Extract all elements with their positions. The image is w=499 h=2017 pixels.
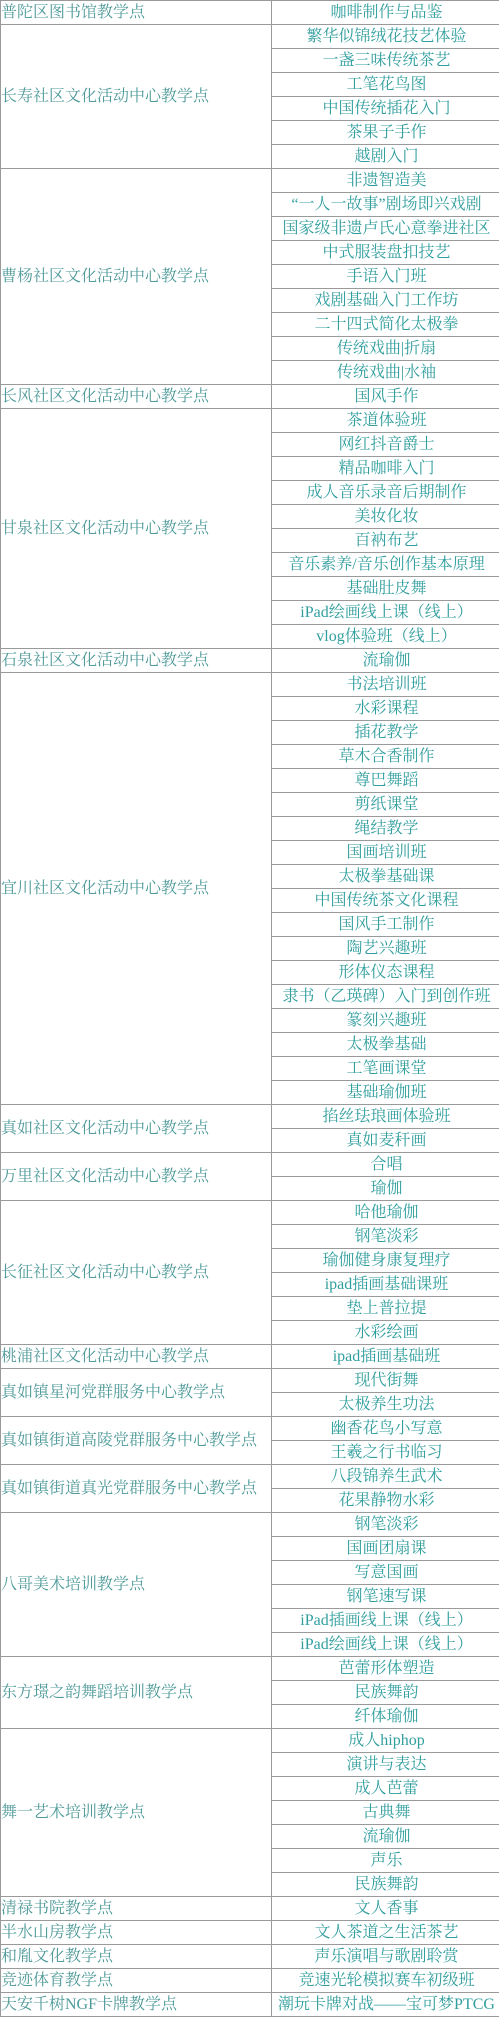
course-cell: 国风手工制作 xyxy=(272,913,499,937)
course-cell: 真如麦秆画 xyxy=(272,1129,499,1153)
course-cell: 垫上普拉提 xyxy=(272,1297,499,1321)
table-row: 长风社区文化活动中心教学点国风手作 xyxy=(1,385,499,409)
course-cell: 瑜伽健身康复理疗 xyxy=(272,1249,499,1273)
course-cell: 美妆化妆 xyxy=(272,505,499,529)
course-cell: “一人一故事”剧场即兴戏剧 xyxy=(272,193,499,217)
site-cell: 和胤文化教学点 xyxy=(1,1945,272,1969)
site-cell: 石泉社区文化活动中心教学点 xyxy=(1,649,272,673)
course-cell: 工笔画课堂 xyxy=(272,1057,499,1081)
course-cell: 太极养生功法 xyxy=(272,1393,499,1417)
course-cell: 潮玩卡牌对战——宝可梦PTCG xyxy=(272,1993,499,2017)
course-cell: 篆刻兴趣班 xyxy=(272,1009,499,1033)
site-cell: 万里社区文化活动中心教学点 xyxy=(1,1153,272,1201)
course-cell: 音乐素养/音乐创作基本原理 xyxy=(272,553,499,577)
course-cell: 草木合香制作 xyxy=(272,745,499,769)
site-cell: 真如镇街道真光党群服务中心教学点 xyxy=(1,1465,272,1513)
site-cell: 舞一艺术培训教学点 xyxy=(1,1729,272,1897)
site-cell: 竞迹体育教学点 xyxy=(1,1969,272,1993)
site-cell: 长寿社区文化活动中心教学点 xyxy=(1,25,272,169)
site-cell: 东方璟之韵舞蹈培训教学点 xyxy=(1,1657,272,1729)
course-cell: 声乐演唱与歌剧聆赏 xyxy=(272,1945,499,1969)
course-cell: 纤体瑜伽 xyxy=(272,1705,499,1729)
site-cell: 真如社区文化活动中心教学点 xyxy=(1,1105,272,1153)
course-cell: 传统戏曲|折扇 xyxy=(272,337,499,361)
course-cell: 花果静物水彩 xyxy=(272,1489,499,1513)
site-cell: 真如镇街道高陵党群服务中心教学点 xyxy=(1,1417,272,1465)
course-cell: 掐丝珐琅画体验班 xyxy=(272,1105,499,1129)
table-row: 长寿社区文化活动中心教学点繁华似锦绒花技艺体验 xyxy=(1,25,499,49)
table-row: 曹杨社区文化活动中心教学点非遗智造美 xyxy=(1,169,499,193)
site-cell: 曹杨社区文化活动中心教学点 xyxy=(1,169,272,385)
site-cell: 长征社区文化活动中心教学点 xyxy=(1,1201,272,1345)
site-cell: 普陀区图书馆教学点 xyxy=(1,1,272,25)
course-cell: 国风手作 xyxy=(272,385,499,409)
course-cell: 国画团扇课 xyxy=(272,1537,499,1561)
course-cell: ipad插画基础班 xyxy=(272,1345,499,1369)
table-row: 天安千树NGF卡牌教学点潮玩卡牌对战——宝可梦PTCG xyxy=(1,1993,499,2017)
course-cell: 幽香花鸟小写意 xyxy=(272,1417,499,1441)
course-cell: 八段锦养生武术 xyxy=(272,1465,499,1489)
course-cell: 古典舞 xyxy=(272,1801,499,1825)
course-cell: 水彩课程 xyxy=(272,697,499,721)
course-cell: 现代街舞 xyxy=(272,1369,499,1393)
site-cell: 长风社区文化活动中心教学点 xyxy=(1,385,272,409)
course-cell: 写意国画 xyxy=(272,1561,499,1585)
course-cell: 芭蕾形体塑造 xyxy=(272,1657,499,1681)
course-cell: 形体仪态课程 xyxy=(272,961,499,985)
table-row: 八哥美术培训教学点钢笔淡彩 xyxy=(1,1513,499,1537)
course-cell: 太极拳基础 xyxy=(272,1033,499,1057)
course-cell: 文人香事 xyxy=(272,1897,499,1921)
course-cell: 钢笔淡彩 xyxy=(272,1225,499,1249)
course-cell: vlog体验班（线上） xyxy=(272,625,499,649)
site-cell: 甘泉社区文化活动中心教学点 xyxy=(1,409,272,649)
course-cell: iPad绘画线上课（线上） xyxy=(272,601,499,625)
table-row: 万里社区文化活动中心教学点合唱 xyxy=(1,1153,499,1177)
course-cell: 太极拳基础课 xyxy=(272,865,499,889)
site-cell: 半水山房教学点 xyxy=(1,1921,272,1945)
table-row: 东方璟之韵舞蹈培训教学点芭蕾形体塑造 xyxy=(1,1657,499,1681)
course-cell: 越剧入门 xyxy=(272,145,499,169)
course-cell: 流瑜伽 xyxy=(272,1825,499,1849)
course-cell: 剪纸课堂 xyxy=(272,793,499,817)
course-list-page: 普陀区图书馆教学点咖啡制作与品鉴长寿社区文化活动中心教学点繁华似锦绒花技艺体验一… xyxy=(0,0,499,2017)
site-cell: 清禄书院教学点 xyxy=(1,1897,272,1921)
course-cell: 流瑜伽 xyxy=(272,649,499,673)
course-cell: 隶书（乙瑛碑）入门到创作班 xyxy=(272,985,499,1009)
course-cell: 水彩绘画 xyxy=(272,1321,499,1345)
course-cell: 成人hiphop xyxy=(272,1729,499,1753)
course-cell: 陶艺兴趣班 xyxy=(272,937,499,961)
course-cell: 绳结教学 xyxy=(272,817,499,841)
course-cell: 手语入门班 xyxy=(272,265,499,289)
course-cell: 网红抖音爵士 xyxy=(272,433,499,457)
course-cell: 中国传统插花入门 xyxy=(272,97,499,121)
course-cell: 非遗智造美 xyxy=(272,169,499,193)
table-row: 石泉社区文化活动中心教学点流瑜伽 xyxy=(1,649,499,673)
site-cell: 宜川社区文化活动中心教学点 xyxy=(1,673,272,1105)
course-cell: 钢笔淡彩 xyxy=(272,1513,499,1537)
course-cell: 戏剧基础入门工作坊 xyxy=(272,289,499,313)
table-row: 竞迹体育教学点竞速光轮模拟赛车初级班 xyxy=(1,1969,499,1993)
course-cell: 中式服装盘扣技艺 xyxy=(272,241,499,265)
course-cell: 咖啡制作与品鉴 xyxy=(272,1,499,25)
course-cell: 工笔花鸟图 xyxy=(272,73,499,97)
course-cell: 基础肚皮舞 xyxy=(272,577,499,601)
course-cell: 茶道体验班 xyxy=(272,409,499,433)
course-cell: 精品咖啡入门 xyxy=(272,457,499,481)
course-cell: 茶果子手作 xyxy=(272,121,499,145)
course-cell: 二十四式简化太极拳 xyxy=(272,313,499,337)
course-cell: 钢笔速写课 xyxy=(272,1585,499,1609)
course-cell: 国家级非遗卢氏心意拳进社区 xyxy=(272,217,499,241)
site-cell: 天安千树NGF卡牌教学点 xyxy=(1,1993,272,2017)
course-table: 普陀区图书馆教学点咖啡制作与品鉴长寿社区文化活动中心教学点繁华似锦绒花技艺体验一… xyxy=(0,0,499,2017)
site-cell: 桃浦社区文化活动中心教学点 xyxy=(1,1345,272,1369)
course-cell: 王羲之行书临习 xyxy=(272,1441,499,1465)
course-cell: 成人芭蕾 xyxy=(272,1777,499,1801)
course-cell: 哈他瑜伽 xyxy=(272,1201,499,1225)
course-cell: 民族舞韵 xyxy=(272,1681,499,1705)
table-row: 真如社区文化活动中心教学点掐丝珐琅画体验班 xyxy=(1,1105,499,1129)
table-row: 清禄书院教学点文人香事 xyxy=(1,1897,499,1921)
course-cell: 中国传统茶文化课程 xyxy=(272,889,499,913)
table-row: 和胤文化教学点声乐演唱与歌剧聆赏 xyxy=(1,1945,499,1969)
course-cell: iPad绘画线上课（线上） xyxy=(272,1633,499,1657)
course-cell: 基础瑜伽班 xyxy=(272,1081,499,1105)
course-cell: 一盏三味传统茶艺 xyxy=(272,49,499,73)
course-cell: 百衲布艺 xyxy=(272,529,499,553)
table-row: 舞一艺术培训教学点成人hiphop xyxy=(1,1729,499,1753)
course-cell: 瑜伽 xyxy=(272,1177,499,1201)
course-cell: 国画培训班 xyxy=(272,841,499,865)
course-table-body: 普陀区图书馆教学点咖啡制作与品鉴长寿社区文化活动中心教学点繁华似锦绒花技艺体验一… xyxy=(1,1,499,2017)
table-row: 桃浦社区文化活动中心教学点ipad插画基础班 xyxy=(1,1345,499,1369)
table-row: 长征社区文化活动中心教学点哈他瑜伽 xyxy=(1,1201,499,1225)
course-cell: 传统戏曲|水袖 xyxy=(272,361,499,385)
site-cell: 真如镇星河党群服务中心教学点 xyxy=(1,1369,272,1417)
course-cell: 声乐 xyxy=(272,1849,499,1873)
table-row: 真如镇街道真光党群服务中心教学点八段锦养生武术 xyxy=(1,1465,499,1489)
course-cell: 民族舞韵 xyxy=(272,1873,499,1897)
course-cell: 插花教学 xyxy=(272,721,499,745)
site-cell: 八哥美术培训教学点 xyxy=(1,1513,272,1657)
course-cell: 竞速光轮模拟赛车初级班 xyxy=(272,1969,499,1993)
course-cell: 演讲与表达 xyxy=(272,1753,499,1777)
course-cell: 文人茶道之生活茶艺 xyxy=(272,1921,499,1945)
table-row: 普陀区图书馆教学点咖啡制作与品鉴 xyxy=(1,1,499,25)
course-cell: 合唱 xyxy=(272,1153,499,1177)
course-cell: ipad插画基础课班 xyxy=(272,1273,499,1297)
course-cell: 尊巴舞蹈 xyxy=(272,769,499,793)
table-row: 甘泉社区文化活动中心教学点茶道体验班 xyxy=(1,409,499,433)
course-cell: iPad插画线上课（线上） xyxy=(272,1609,499,1633)
table-row: 真如镇街道高陵党群服务中心教学点幽香花鸟小写意 xyxy=(1,1417,499,1441)
course-cell: 成人音乐录音后期制作 xyxy=(272,481,499,505)
course-cell: 书法培训班 xyxy=(272,673,499,697)
table-row: 真如镇星河党群服务中心教学点现代街舞 xyxy=(1,1369,499,1393)
table-row: 宜川社区文化活动中心教学点书法培训班 xyxy=(1,673,499,697)
course-cell: 繁华似锦绒花技艺体验 xyxy=(272,25,499,49)
